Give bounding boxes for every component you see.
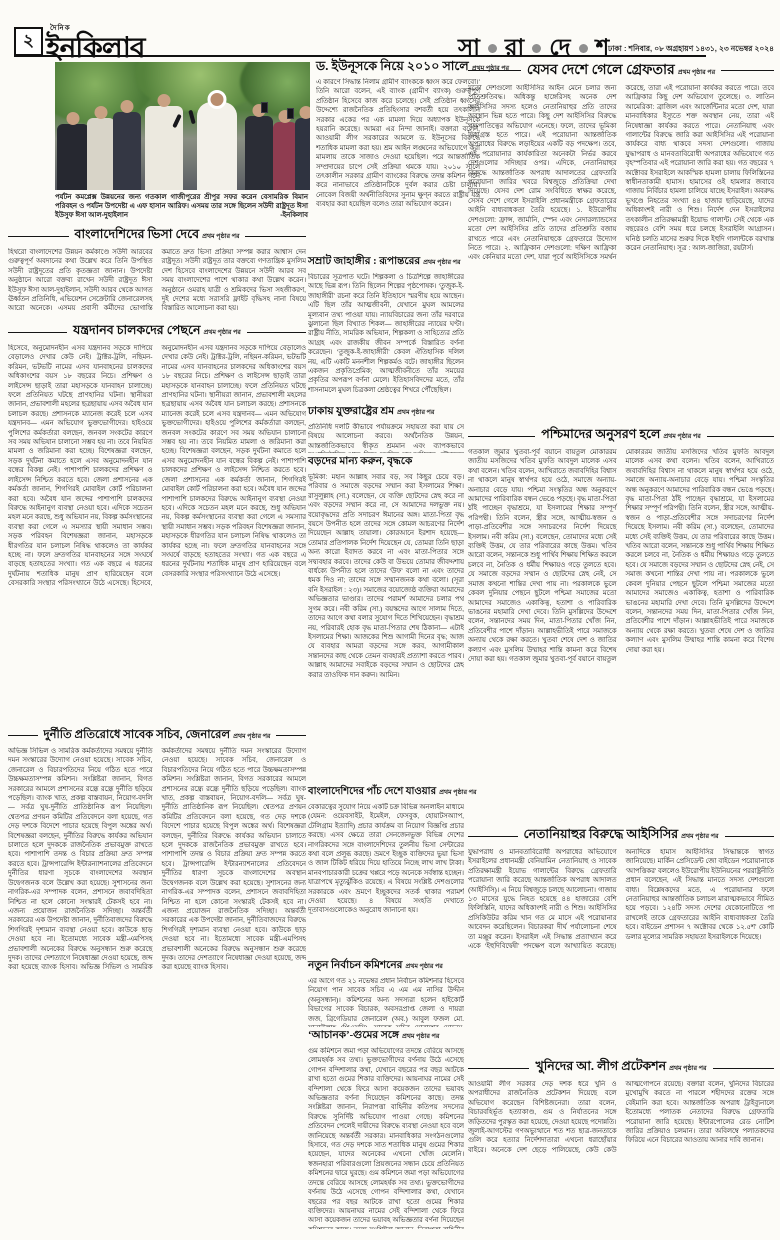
article-headline: সম্রাট জাহাঙ্গীর : রূপান্তরেরপ্রথম পৃষ্ঠ… [308, 254, 464, 271]
headline-rule [468, 1068, 529, 1069]
newspaper-page: ২ দৈনিক ইনকিলাব সা রা দে শ ঢাকা : শনিবার… [0, 0, 780, 1240]
headline-text: যন্ত্রদানব চালকদের পেছনে [73, 323, 200, 337]
article-body: যুদ্ধাপরাধ ও মানবতাবিরোধী অপরাধের অভিযোগ… [468, 848, 774, 1052]
article-dhakay-shrom: ঢাকায় যুক্তরাষ্ট্রের শ্রমপ্রথম পৃষ্ঠার … [308, 404, 464, 454]
headline-text: ‘আচানক’-গুমের সঙ্গে [308, 1030, 399, 1041]
headline-text: সম্রাট জাহাঙ্গীর : রূপান্তরের [308, 256, 420, 267]
headline-text: নেতানিয়াহুর বিরুদ্ধে আইসিসির [524, 827, 679, 841]
article-body: আওয়ামী লীগ সরকার দেড় দশক ধরে খুনি ও অপ… [468, 1080, 774, 1228]
headline-rule [8, 735, 38, 736]
person-head [158, 94, 171, 107]
article-headline: বাংলাদেশিদের ভিসা দেবেপ্রথম পৃষ্ঠার পর [75, 226, 240, 246]
headline-text: বাংলাদেশিদের ভিসা দেবে [75, 227, 200, 241]
photo-caption-text: পর্যটন কমপ্লেক্স উন্নয়নের জন্য গতকাল গা… [55, 194, 308, 219]
continued-tag: প্রথম পৃষ্ঠার পর [663, 433, 700, 440]
person-silhouette [113, 112, 141, 190]
person-silhouette [57, 124, 89, 190]
article-pach-deshe: বাংলাদেশিদের পাঁচ দেশে যাওয়ারপ্রথম পৃষ্… [308, 784, 464, 958]
headline-rule [721, 70, 774, 71]
headline-rule [245, 236, 306, 237]
continued-tag: প্রথম পৃষ্ঠার পর [678, 69, 715, 76]
headline-row: নেতানিয়াহুর বিরুদ্ধে আইসিসিরপ্রথম পৃষ্ঠ… [468, 826, 774, 846]
person-head [121, 100, 134, 113]
headline-rule [725, 836, 775, 837]
person-head [95, 106, 108, 119]
dateline: ঢাকা : শনিবার, ০৮ অগ্রহায়ণ ১৪৩১, ২৩ নভে… [608, 44, 774, 56]
article-netanyahu-icc: নেতানিয়াহুর বিরুদ্ধে আইসিসিরপ্রথম পৃষ্ঠ… [468, 826, 774, 1056]
article-poshchimader: পশ্চিমাদের অনুসরণ হলেপ্রথম পৃষ্ঠার পর গত… [468, 426, 774, 824]
article-body: হিথরো বাংলাদেশের উন্নয়ন কর্মকাণ্ডে সউদী… [8, 248, 306, 318]
continued-tag: প্রথম পৃষ্ঠার পর [669, 1065, 706, 1072]
news-photo [55, 62, 310, 190]
headline-text: দুর্নীতি প্রতিরোধে সাবেক সচিব, জেনারেল [44, 729, 231, 741]
continued-tag: প্রথম পৃষ্ঠার পর [681, 833, 718, 840]
continued-tag: প্রথম পৃষ্ঠার পর [405, 963, 442, 970]
continued-tag: প্রথম পৃষ্ঠার পর [397, 409, 434, 416]
article-headline: বড়দের মান্য করুন, বৃদ্ধকে [308, 454, 464, 471]
article-headline: বাংলাদেশিদের পাঁচ দেশে যাওয়ারপ্রথম পৃষ্… [308, 784, 464, 801]
headline-rule [468, 436, 535, 437]
article-headline: খুনিদের আ. লীগ প্রটেকশনপ্রথম পৃষ্ঠার পর [535, 1058, 706, 1078]
article-body: বেকারত্বের সুযোগ নিয়ে একটি চক্র বিভিন্ন… [308, 803, 464, 955]
headline-text: খুনিদের আ. লীগ প্রটেকশন [535, 1059, 666, 1073]
person-head [67, 112, 80, 125]
headline-row: বাংলাদেশিদের ভিসা দেবেপ্রথম পৃষ্ঠার পর [8, 226, 306, 246]
article-body: ভূমিকা: মহান আল্লাহ সবার বড়, সব কিছুর চ… [308, 473, 464, 781]
headline-text: নতুন নির্বাচন কমিশনের [308, 960, 402, 971]
continued-tag: প্রথম পৃষ্ঠার পর [203, 329, 240, 336]
headline-rule [247, 332, 306, 333]
headline-rule [468, 70, 521, 71]
headline-text: বড়দের মান্য করুন, বৃদ্ধকে [308, 456, 412, 467]
article-body: গুম কমিশনে জমা পড়া অভিযোগের তদন্তে বেরি… [308, 1047, 464, 1229]
headline-row: যন্ত্রদানব চালকদের পেছনেপ্রথম পৃষ্ঠার পর [8, 322, 306, 342]
page-number: ২ [14, 27, 43, 56]
article-body: এর আগে গত ২১ নভেম্বর প্রধান নির্বাচন কমি… [308, 977, 464, 1027]
person-ambassador [197, 102, 237, 190]
article-nirbachon-commission: নতুন নির্বাচন কমিশনেরপ্রথম পৃষ্ঠার পর এর… [308, 958, 464, 1028]
section-separator-dot [579, 44, 588, 53]
headline-text: ঢাকায় যুক্তরাষ্ট্রের শ্রম [308, 406, 394, 417]
article-body: অভিজ্ঞ সিভিল ও সামরিক কর্মকর্তাদের সমন্ব… [8, 747, 306, 1229]
section-separator-dot [532, 44, 541, 53]
headline-text: ড. ইউনূসকে নিয়ে ২০১০ সালে [316, 59, 469, 73]
headline-text: যেসব দেশে গেলে গ্রেফতার [527, 63, 675, 78]
headline-row: খুনিদের আ. লীগ প্রটেকশনপ্রথম পৃষ্ঠার পর [468, 1058, 774, 1078]
article-headline: ‘আচানক’-গুমের সঙ্গেপ্রথম পৃষ্ঠার পর [308, 1028, 464, 1045]
person-silhouette [245, 116, 273, 190]
headline-row: দুর্নীতি প্রতিরোধে সাবেক সচিব, জেনারেলপ্… [8, 726, 306, 745]
article-visa: বাংলাদেশিদের ভিসা দেবেপ্রথম পৃষ্ঠার পর হ… [8, 226, 306, 320]
continued-tag: প্রথম পৃষ্ঠার পর [233, 733, 270, 740]
article-headline: নতুন নির্বাচন কমিশনেরপ্রথম পৃষ্ঠার পর [308, 958, 464, 975]
article-headline: দুর্নীতি প্রতিরোধে সাবেক সচিব, জেনারেলপ্… [44, 726, 271, 745]
article-jahangir: সম্রাট জাহাঙ্গীর : রূপান্তরেরপ্রথম পৃষ্ঠ… [308, 254, 464, 404]
headline-text: পশ্চিমাদের অনুসরণ হলে [541, 427, 660, 441]
article-boroder-manno: বড়দের মান্য করুন, বৃদ্ধকে ভূমিকা: মহান … [308, 454, 464, 782]
article-headline: যন্ত্রদানব চালকদের পেছনেপ্রথম পৃষ্ঠার পর [73, 322, 241, 342]
continued-tag: প্রথম পৃষ্ঠার পর [423, 259, 460, 266]
article-headline: ঢাকায় যুক্তরাষ্ট্রের শ্রমপ্রথম পৃষ্ঠার … [308, 404, 464, 421]
headline-rule [8, 236, 69, 237]
photo-caption: পর্যটন কমপ্লেক্স উন্নয়নের জন্য গতকাল গা… [55, 193, 308, 221]
article-achanok-gum: ‘আচানক’-গুমের সঙ্গেপ্রথম পৃষ্ঠার পর গুম … [308, 1028, 464, 1232]
article-headline: পশ্চিমাদের অনুসরণ হলেপ্রথম পৃষ্ঠার পর [541, 426, 701, 446]
article-headline: ড. ইউনূসকে নিয়ে ২০১০ সালেপ্রথম পৃষ্ঠার … [316, 58, 480, 78]
article-headline: যেসব দেশে গেলে গ্রেফতারপ্রথম পৃষ্ঠার পর [527, 58, 715, 82]
article-body: গতকাল জুমার খুতবা-পূর্ব বয়ানে বায়তুল ম… [468, 448, 774, 820]
article-greftar: যেসব দেশে গেলে গ্রেফতারপ্রথম পৃষ্ঠার পর … [468, 58, 774, 424]
headline-rule [713, 1068, 774, 1069]
headline-text: বাংলাদেশিদের পাঁচ দেশে যাওয়ার [308, 786, 436, 797]
person-head [300, 106, 311, 119]
continued-tag: প্রথম পৃষ্ঠার পর [202, 233, 239, 240]
article-body: হিসেবে, অনুমোদনহীন এসব যন্ত্রদানব সড়কে … [8, 344, 306, 720]
person-head [208, 90, 227, 109]
article-body: বিচারের সূত্রপাত ঘটে। শিল্পকলা ও চিত্রশি… [308, 273, 464, 403]
headline-row: পশ্চিমাদের অনুসরণ হলেপ্রথম পৃষ্ঠার পর [468, 426, 774, 446]
person-silhouette [295, 118, 310, 190]
person-silhouette [87, 118, 115, 190]
headline-rule [707, 436, 774, 437]
article-jontrodanob: যন্ত্রদানব চালকদের পেছনেপ্রথম পৃষ্ঠার পর… [8, 322, 306, 724]
article-body: মতো দেশগুলো আইসিসির আইন মেনে চলার জন্য প… [468, 84, 774, 424]
article-durniti: দুর্নীতি প্রতিরোধে সাবেক সচিব, জেনারেলপ্… [8, 726, 306, 1232]
headline-rule [276, 735, 306, 736]
headline-row: যেসব দেশে গেলে গ্রেফতারপ্রথম পৃষ্ঠার পর [468, 58, 774, 82]
photo-credit: -ইনকিলাব [280, 211, 308, 220]
article-body: প্রতিনিধি দলটি কীভাবে পর্যায়ক্রমে সহায়… [308, 423, 464, 453]
article-body: এ কারণে সিদ্ধান্ত নিলাম গ্রামীণ ব্যাংককে… [316, 78, 480, 250]
person-silhouette [273, 122, 297, 190]
article-yunus: ড. ইউনূসকে নিয়ে ২০১০ সালেপ্রথম পৃষ্ঠার … [316, 58, 480, 254]
headline-rule [468, 836, 518, 837]
phone-icon [261, 102, 268, 113]
continued-tag: প্রথম পৃষ্ঠার পর [402, 1033, 439, 1040]
article-khunider-protection: খুনিদের আ. লীগ প্রটেকশনপ্রথম পৃষ্ঠার পর … [468, 1058, 774, 1232]
headline-rule [8, 332, 67, 333]
section-separator-dot [488, 44, 497, 53]
article-headline: নেতানিয়াহুর বিরুদ্ধে আইসিসিরপ্রথম পৃষ্ঠ… [524, 826, 719, 846]
phone-icon [287, 108, 294, 119]
